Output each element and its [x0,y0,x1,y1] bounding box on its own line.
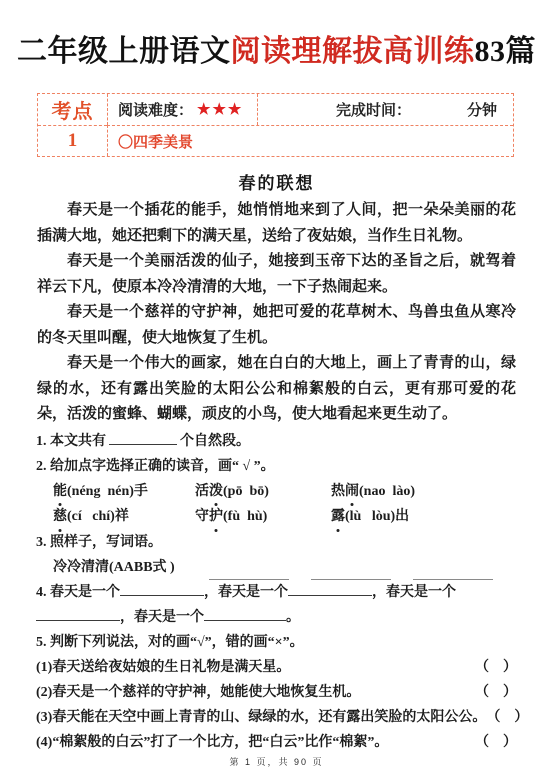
answer-blank [311,568,391,580]
article-paragraph: 春天是一个伟大的画家，她在白白的大地上，画上了青青的山，绿绿的水，还有露出笑脸的… [37,351,516,428]
pinyin-item: 能(néng nén)手 [53,479,195,505]
true-false-item: (3)春天能在天空中画上青青的山、绿绿的水，还有露出笑脸的太阳公公。 （ ） [36,705,517,730]
answer-bracket: （ ） [486,705,528,730]
example-word: 冷冷清清(AABB式 ) [53,555,175,580]
article-paragraph: 春天是一个慈祥的守护神，她把可爱的花草树木、鸟兽虫鱼从寒冷的冬天里叫醒，使大地恢… [37,300,516,351]
answer-blank [120,583,204,596]
dotted-character: 能 [53,479,67,505]
exam-point-number: 1 [38,125,107,156]
question-3-title: 3. 照样子，写词语。 [36,530,517,555]
tf-text: (2)春天是一个慈祥的守护神，她能使大地恢复生机。 [36,680,360,705]
question-4: 4. 春天是一个，春天是一个，春天是一个，春天是一个。 [36,580,517,630]
star-rating-icon: ★★★ [197,100,243,119]
topic-label: 〇四季美景 [107,125,513,156]
question-3-example: 冷冷清清(AABB式 ) [36,555,517,580]
answer-blank [109,432,177,445]
answer-blank [204,608,286,621]
answer-blank [209,568,289,580]
title-part-grade: 二年级上册语文 [17,35,231,68]
answer-bracket: （ ） [475,730,517,755]
question-1-pre: 1. 本文共有 [36,434,106,449]
tf-text: (4)“棉絮般的白云”打了一个比方，把“白云”比作“棉絮”。 [36,730,388,755]
pinyin-item: 露(lù lòu)出 [331,504,517,530]
true-false-item: (1)春天送给夜姑娘的生日礼物是满天星。 （ ） [36,655,517,680]
question-1: 1. 本文共有个自然段。 [36,429,517,454]
dotted-character: 泼 [209,479,223,505]
answer-blank [413,568,493,580]
answer-bracket: （ ） [475,680,517,705]
tf-text: (1)春天送给夜姑娘的生日礼物是满天星。 [36,655,290,680]
answer-bracket: （ ） [475,655,517,680]
question-1-post: 个自然段。 [180,434,250,449]
dotted-character: 闹 [345,479,359,505]
difficulty-label: 阅读难度： [118,99,193,120]
difficulty-cell: 阅读难度： ★★★ [107,94,257,125]
pinyin-item: 热闹(nao lào) [331,479,517,505]
question-2-title: 2. 给加点字选择正确的读音，画“ √ ”。 [36,454,517,479]
exam-point-label: 考点 [38,94,107,125]
completion-time-cell: 完成时间： 分钟 [257,94,513,125]
dotted-character: 护 [209,504,223,530]
info-table: 考点 阅读难度： ★★★ 完成时间： 分钟 1 〇四季美景 [37,93,514,157]
page-number-footer: 第 1 页，共 90 页 [0,755,553,768]
pinyin-item: 活泼(pō bō) [195,479,331,505]
title-part-subject: 阅读理解拔高训练 [231,35,475,68]
tf-text: (3)春天能在天空中画上青青的山、绿绿的水，还有露出笑脸的太阳公公。 [36,705,486,730]
time-unit: 分钟 [467,99,497,120]
article-paragraph: 春天是一个美丽活泼的仙子，她接到玉帝下达的圣旨之后，就驾着祥云下凡，使原本冷冷清… [37,249,516,300]
worksheet-page: 二年级上册语文阅读理解拔高训练83篇 考点 阅读难度： ★★★ 完成时间： 分钟… [0,0,553,782]
dotted-character: 露 [331,504,345,530]
true-false-item: (4)“棉絮般的白云”打了一个比方，把“白云”比作“棉絮”。 （ ） [36,730,517,755]
pinyin-row-1: 能(néng nén)手 活泼(pō bō) 热闹(nao lào) [36,479,517,505]
article-paragraph: 春天是一个插花的能手，她悄悄地来到了人间，把一朵朵美丽的花插满大地，她还把剩下的… [37,198,516,249]
article-body: 春天是一个插花的能手，她悄悄地来到了人间，把一朵朵美丽的花插满大地，她还把剩下的… [37,198,516,428]
pinyin-row-2: 慈(cí chí)祥 守护(fù hù) 露(lù lòu)出 [36,504,517,530]
answer-blank [288,583,372,596]
answer-blank [36,608,120,621]
pinyin-item: 慈(cí chí)祥 [53,504,195,530]
question-5-title: 5. 判断下列说法，对的画“√”，错的画“×”。 [36,630,517,655]
pinyin-item: 守护(fù hù) [195,504,331,530]
article-title: 春的联想 [0,169,553,194]
title-part-count: 83篇 [475,35,537,68]
true-false-item: (2)春天是一个慈祥的守护神，她能使大地恢复生机。 （ ） [36,680,517,705]
questions-section: 1. 本文共有个自然段。 2. 给加点字选择正确的读音，画“ √ ”。 能(né… [36,429,517,755]
time-label: 完成时间： [336,99,411,120]
dotted-character: 慈 [53,504,67,530]
document-title: 二年级上册语文阅读理解拔高训练83篇 [0,26,553,70]
